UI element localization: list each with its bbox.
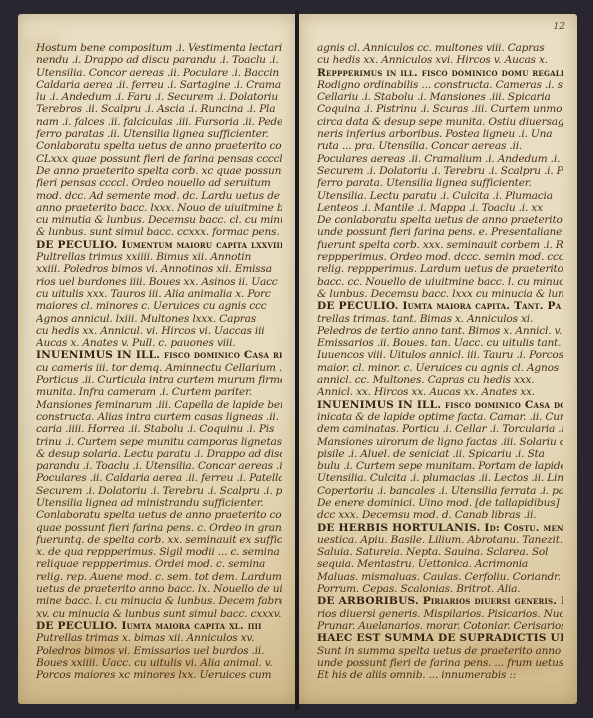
manuscript-line: Poledros bimos vi. Emissarios uel burdos… <box>36 645 282 657</box>
folio-number: 12 <box>554 22 565 32</box>
manuscript-line: Saluia. Satureia. Nepta. Sauina. Sclarea… <box>317 546 563 558</box>
right-folio-page: 12 agnis cl. Anniculos cc. multones viii… <box>299 14 577 704</box>
manuscript-line: bacc. cc. Nouello de uiuitmine bacc. l. … <box>317 276 563 288</box>
manuscript-line: ferro paratas .ii. Utensilia lignea suff… <box>36 128 282 140</box>
left-page-text: Hostum bene compositum .i. Vestimenta le… <box>36 42 282 681</box>
manuscript-line: Porticus .ii. Curticula intra curtem mur… <box>36 374 282 386</box>
manuscript-line: Utensilia. Concor aereas .ii. Poculare .… <box>36 67 282 79</box>
manuscript-line: Lenteos .i. Mantile .i. Mappa .i. Toaclu… <box>317 202 563 214</box>
manuscript-line: lu .i. Andedum .i. Faru .i. Securem .i. … <box>36 91 282 103</box>
manuscript-line: Aucas x. Anates v. Pull. c. pauones viii… <box>36 337 282 349</box>
manuscript-line: Conlaboratu spelta uetus de anno praeter… <box>36 140 282 152</box>
manuscript-line: uestica. Apiu. Basile. Lilium. Abrotanu.… <box>317 534 563 546</box>
manuscript-line: pisile .i. Aluel. de seniciat .ii. Spica… <box>317 448 563 460</box>
manuscript-line: reppperimus. Ordeo mod. dccc. semin mod.… <box>317 251 563 263</box>
manuscript-line: INUENIMUS IN ILL. fisco dominico Casa do… <box>317 399 563 411</box>
manuscript-line: Caldaria aerea .ii. ferreu .i. Sartagine… <box>36 79 282 91</box>
manuscript-line: Putrellas trimas x. bimas xii. Anniculos… <box>36 632 282 644</box>
manuscript-line: DE HERBIS HORTULANIS. Id: Costu. menta. … <box>317 522 563 534</box>
manuscript-line: quae possunt fieri farina pens. c. Ordeo… <box>36 522 282 534</box>
manuscript-line: & lunbus. Decemsu bacc. lxxx cu minucia … <box>317 288 563 300</box>
manuscript-line: Copertoriu .i. bancales .i. Utensilia fe… <box>317 485 563 497</box>
manuscript-line: dem caminatas. Porticu .i. Cellar .i. To… <box>317 423 563 435</box>
manuscript-line: Conlaboratu spelta uetus de anno praeter… <box>36 509 282 521</box>
manuscript-line: cu hedis xx. Annicul. vi. Hircos vi. Uac… <box>36 325 282 337</box>
manuscript-line: Utensilia lignea ad ministrandu sufficie… <box>36 497 282 509</box>
manuscript-line: agnis cl. Anniculos cc. multones viii. C… <box>317 42 563 54</box>
manuscript-line: Mansiones uirorum de ligno factas .iii. … <box>317 436 563 448</box>
manuscript-line: ferro parata. Utensilia lignea sufficien… <box>317 177 563 189</box>
manuscript-line: xv. cu minucia & lunbus sunt simul bacc.… <box>36 608 282 620</box>
manuscript-line: DE ARBORIBUS. Piriarios diuersi generis.… <box>317 595 563 607</box>
manuscript-line: DE PECULIO. Iumentum maioru capita lxxvi… <box>36 239 282 251</box>
manuscript-line: Porcos maiores xc minores lxx. Ueruices … <box>36 669 282 681</box>
manuscript-line: Mansiones feminarum .iii. Capella de lap… <box>36 399 282 411</box>
manuscript-line: inicata & de lapide optime facta. Camar.… <box>317 411 563 423</box>
manuscript-line: rios uel burdones iiii. Boues xx. Asinos… <box>36 276 282 288</box>
manuscript-line: circa data & desup sepe munita. Ostiu di… <box>317 116 563 128</box>
manuscript-line: De enere dominici. Uino mod. [de tallapi… <box>317 497 563 509</box>
manuscript-line: trellas trimas. tant. Bimas x. Anniculos… <box>317 313 563 325</box>
manuscript-line: caria .iiii. Horrea .ii. Stabolu .i. Coq… <box>36 423 282 435</box>
manuscript-line: nam .i. falces .ii. falciculas .iii. Fur… <box>36 116 282 128</box>
manuscript-line: munita. Infra cameram .i. Curtem pariter… <box>36 386 282 398</box>
manuscript-line: xxiii. Poledros bimos vi. Annotinos xii.… <box>36 263 282 275</box>
right-page-text: agnis cl. Anniculos cc. multones viii. C… <box>317 42 563 681</box>
manuscript-line: & lunbus. sunt simul bacc. ccxxx. formac… <box>36 226 282 238</box>
manuscript-line: maiores cl. minores c. Ueruices cu agnis… <box>36 300 282 312</box>
manuscript-line: sequia. Mentastru. Uettonica. Acrimonia <box>317 558 563 570</box>
manuscript-line: Utensilia. Culcita .i. plumacias .ii. Le… <box>317 472 563 484</box>
manuscript-line: Peledros de tertio anno tant. Bimos x. A… <box>317 325 563 337</box>
manuscript-line: INUENIMUS IN ILL. fisco dominico Casa re… <box>36 349 282 361</box>
manuscript-line: De conlaboratu spelta uetus de anno prae… <box>317 214 563 226</box>
manuscript-line: DE PECULIO. Iumta maiora capita xl. iiii <box>36 620 282 632</box>
manuscript-line: Agnos annicul. lxiii. Multones lxxx. Cap… <box>36 313 282 325</box>
manuscript-line: maior. cl. minor. c. Ueruices cu agnis c… <box>317 362 563 374</box>
manuscript-line: Reppperimus in ill. fisco dominico domu … <box>317 67 563 79</box>
left-folio-page: Hostum bene compositum .i. Vestimenta le… <box>18 14 296 704</box>
manuscript-line: cu hedis xx. Anniculos xvi. Hircos v. Au… <box>317 54 563 66</box>
manuscript-line: relig. rep. Auene mod. c. sem. tot dem. … <box>36 571 282 583</box>
manuscript-line: relig. reppperimus. Lardum uetus de prae… <box>317 263 563 275</box>
manuscript-line: CLxxx quae possunt fieri de farina pensa… <box>36 153 282 165</box>
manuscript-line: Maluas. mismaluas. Caulas. Cerfoliu. Cor… <box>317 571 563 583</box>
manuscript-line: HAEC EST SUMMA DE SUPRADICTIS UILLIS. <box>317 632 563 644</box>
manuscript-line: nendu .i. Drappo ad discu parandu .i. To… <box>36 54 282 66</box>
manuscript-line: anno praeterito bacc. lxxx. Nouo de uiui… <box>36 202 282 214</box>
manuscript-line: mine bacc. l. cu minucia & lunbus. Decem… <box>36 595 282 607</box>
manuscript-line: Hostum bene compositum .i. Vestimenta le… <box>36 42 282 54</box>
manuscript-line: Annicl. xx. Hircos xx. Aucas xx. Anates … <box>317 386 563 398</box>
manuscript-line: DE PECULIO. Iumta maiora capita. Tant. P… <box>317 300 563 312</box>
manuscript-line: cu minutia & lunbus. Decemsu bacc. cl. c… <box>36 214 282 226</box>
manuscript-line: Rodigno ordinabilis ... constructa. Came… <box>317 79 563 91</box>
manuscript-line: fuerunt spelta corb. xxx. seminauit corb… <box>317 239 563 251</box>
manuscript-line: unde possunt fieri farina pens. e. Prese… <box>317 226 563 238</box>
manuscript-line: parandu .i. Toaclu .i. Utensilia. Concar… <box>36 460 282 472</box>
manuscript-line: annicl. cc. Multones. Capras cu hedis xx… <box>317 374 563 386</box>
manuscript-line: Securem .i. Dolatoriu .i. Terebru .i. Sc… <box>36 485 282 497</box>
manuscript-line: reliquae reppperimus. Ordei mod. c. semi… <box>36 558 282 570</box>
manuscript-line: Poculares aereas .ii. Cramalium .i. Ande… <box>317 153 563 165</box>
manuscript-line: Poculares .ii. Caldaria aerea .ii. ferre… <box>36 472 282 484</box>
manuscript-line: uetus de praeterito anno bacc. lx. Nouel… <box>36 583 282 595</box>
manuscript-line: fueruntq. de spelta corb. xx. seminauit … <box>36 534 282 546</box>
manuscript-line: Securem .i. Dolatoriu .i. Terebru .i. Sc… <box>317 165 563 177</box>
manuscript-line: constructa. Alias intra curtem casas lig… <box>36 411 282 423</box>
manuscript-line: mod. dcc. Ad semente mod. dc. Lardu uetu… <box>36 190 282 202</box>
manuscript-line: Iuuencos viii. Uitulos annicl. iii. Taur… <box>317 349 563 361</box>
manuscript-line: neris inferius arboribus. Postea ligneu … <box>317 128 563 140</box>
manuscript-line: cu uitulis xxx. Tauros iii. Alia animali… <box>36 288 282 300</box>
manuscript-line: Pultrellas trimus xxiiii. Bimus xii. Ann… <box>36 251 282 263</box>
manuscript-line: Terebros .ii. Scalpru .i. Ascia .i. Runc… <box>36 103 282 115</box>
manuscript-line: & desup solaria. Lectu paratu .i. Drappo… <box>36 448 282 460</box>
manuscript-line: fieri pensas ccccl. Ordeo nouello ad ser… <box>36 177 282 189</box>
manuscript-line: Boues xxiiii. Uacc. cu uitulis vi. Alia … <box>36 657 282 669</box>
manuscript-line: x. de qua reppperimus. Sigil modii ... c… <box>36 546 282 558</box>
manuscript-line: unde possunt fieri de farina pens. ... f… <box>317 657 563 669</box>
manuscript-line: Utensilia. Lectu paratu .i. Culcita .i. … <box>317 190 563 202</box>
manuscript-line: trinu .i. Curtem sepe munitu camporas li… <box>36 436 282 448</box>
manuscript-line: bulu .i. Curtem sepe munitam. Portam de … <box>317 460 563 472</box>
manuscript-line: De anno praeterito spelta corb. xc quae … <box>36 165 282 177</box>
manuscript-line: Cellariu .i. Stabolu .i. Mansiones .iii.… <box>317 91 563 103</box>
manuscript-line: Coquina .i. Pistrinu .i. Scuras .iii. Cu… <box>317 103 563 115</box>
manuscript-line: rios diuersi generis. Mispilarios. Pisic… <box>317 608 563 620</box>
manuscript-line: dcc xxx. Decemsu mod. d. Canab libras .i… <box>317 509 563 521</box>
manuscript-line: ruta ... pra. Utensilia. Concar aereas .… <box>317 140 563 152</box>
manuscript-line: Sunt in summa spelta uetus de praeterito… <box>317 645 563 657</box>
manuscript-line: Et his de aliis omnib. ... innumerabis :… <box>317 669 563 681</box>
manuscript-line: Porrum. Cepas. Scalonias. Britrot. Alia. <box>317 583 563 595</box>
manuscript-line: Emissarios .ii. Boues. tan. Uacc. cu uit… <box>317 337 563 349</box>
manuscript-line: Prunar. Auelanarios. morar. Cotoniar. Ce… <box>317 620 563 632</box>
manuscript-line: cu cameris iii. tor demq. Aminnectu Cell… <box>36 362 282 374</box>
